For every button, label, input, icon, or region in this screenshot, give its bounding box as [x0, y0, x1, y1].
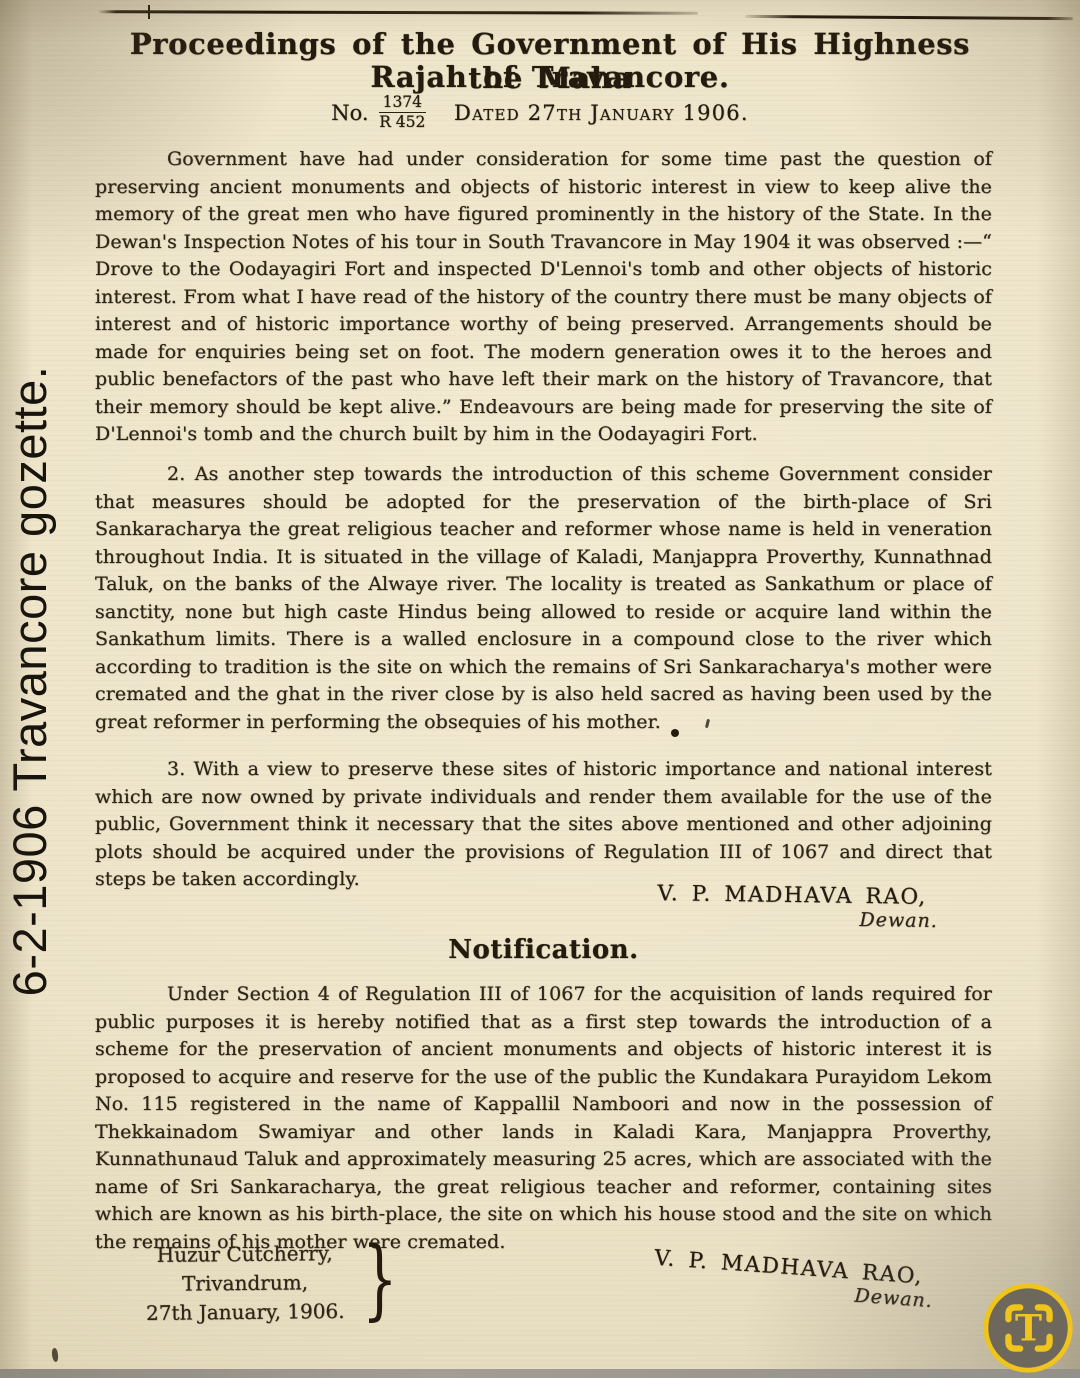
notification-paragraph: Under Section 4 of Regulation III of 106…	[95, 981, 992, 1256]
signature-name: V. P. MADHAVA RAO,	[642, 881, 942, 910]
footer-place-date-block: Huzur Cutcherry, Trivandrum, 27th Januar…	[133, 1239, 358, 1328]
paragraph-3: 3. With a view to preserve these sites o…	[95, 756, 992, 894]
ink-smudge-artifact	[51, 1348, 59, 1363]
paragraph-2: 2. As another step towards the introduct…	[95, 461, 992, 736]
top-rule-tick	[148, 5, 150, 19]
gazette-document-page: Proceedings of the Government of His Hig…	[0, 0, 1080, 1378]
gazette-margin-caption: 6-2-1906 Travancore gozette.	[2, 329, 78, 1033]
footer-place-line3: 27th January, 1906.	[133, 1297, 357, 1328]
top-rule-left-segment	[98, 10, 698, 15]
reference-numerator: 1374	[379, 94, 426, 113]
footer-brace: }	[362, 1230, 398, 1331]
signature-role: Dewan.	[642, 906, 942, 932]
paragraph-1: Government have had under consideration …	[95, 146, 992, 449]
ink-dot-artifact	[671, 729, 679, 737]
top-rule-right-segment	[745, 15, 1073, 20]
signature-block-dewan: V. P. MADHAVA RAO, Dewan.	[642, 881, 943, 932]
document-title-line2: Rajah of Travancore.	[105, 60, 995, 94]
photo-edge-strip	[0, 1369, 1080, 1378]
reference-date: Dated 27th January 1906.	[454, 101, 749, 125]
reference-line: No. 1374R 452 Dated 27th January 1906.	[0, 94, 1080, 132]
footer-place-line2: Trivandrum,	[133, 1268, 357, 1299]
logo-letter: T	[1015, 1306, 1042, 1349]
scanner-watermark-logo: T	[980, 1280, 1078, 1378]
reference-no-label: No.	[331, 101, 368, 125]
notification-heading: Notification.	[95, 935, 992, 965]
footer-place-line1: Huzur Cutcherry,	[133, 1239, 357, 1270]
reference-number-fraction: 1374R 452	[379, 94, 426, 132]
reference-denominator: R 452	[379, 113, 426, 131]
